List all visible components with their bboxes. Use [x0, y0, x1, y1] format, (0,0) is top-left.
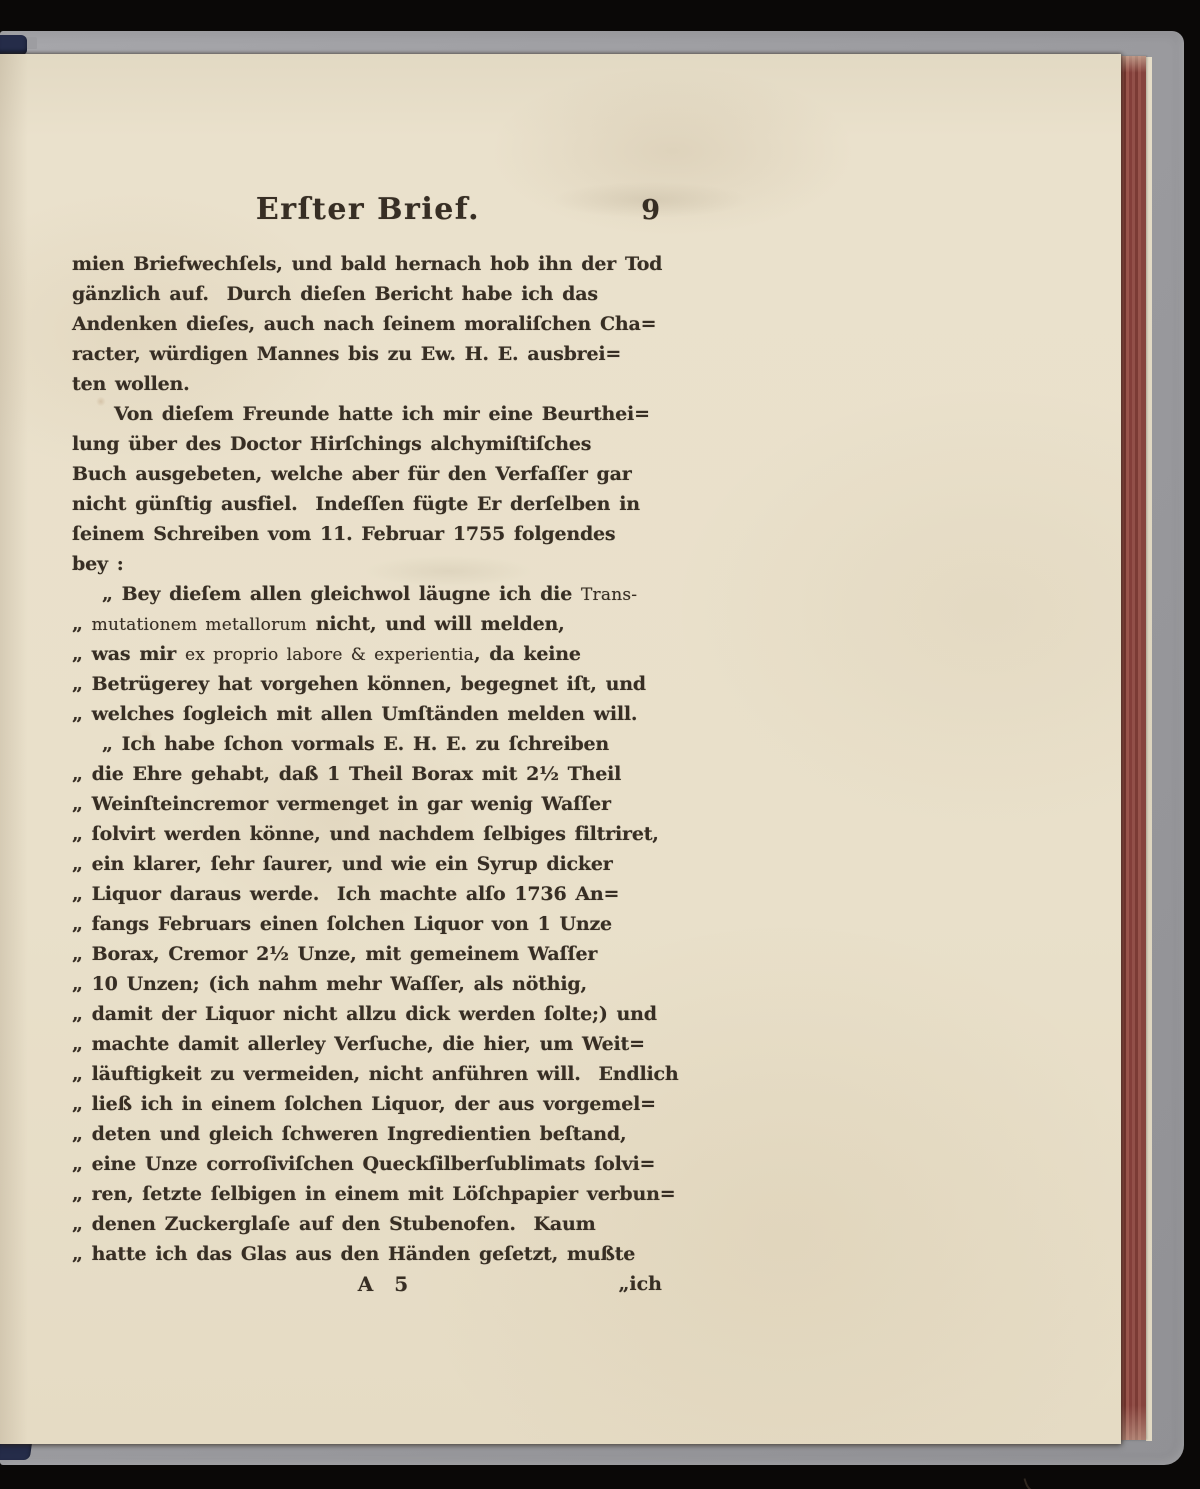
fraktur-text: „ welches ſogleich mit allen Umſtänden m… [72, 703, 637, 725]
fraktur-text: Andenken dieſes, auch nach ſeinem morali… [72, 313, 656, 335]
footer-line: A 5 „ich [72, 1269, 664, 1299]
fraktur-text: „ denen Zuckerglaſe auf den Stubenofen. … [72, 1213, 596, 1235]
text-line: „ was mir ex proprio labore & experienti… [72, 639, 664, 669]
fraktur-text: „ Bey dieſem allen gleichwol läugne ich … [102, 583, 581, 605]
fraktur-text: „ hatte ich das Glas aus den Händen geſe… [72, 1243, 635, 1265]
text-line: ſeinem Schreiben vom 11. Februar 1755 fo… [72, 519, 664, 549]
fraktur-text: mien Briefwechſels, und bald hernach hob… [72, 253, 662, 275]
text-line: gänzlich auf. Durch dieſen Bericht habe … [72, 279, 664, 309]
text-line: Buch ausgebeten, welche aber für den Ver… [72, 459, 664, 489]
page-number: 9 [641, 195, 660, 226]
text-line: „ eine Unze corroſiviſchen Queckſilberſu… [72, 1149, 664, 1179]
text-line: „ Liquor daraus werde. Ich machte alſo 1… [72, 879, 664, 909]
text-line: „ mutationem metallorum nicht, und will … [72, 609, 664, 639]
text-line: „ Betrügerey hat vorgehen können, begegn… [72, 669, 664, 699]
text-line: mien Briefwechſels, und bald hernach hob… [72, 249, 664, 279]
fraktur-text: „ ließ ich in einem ſolchen Liquor, der … [72, 1093, 656, 1115]
fraktur-text: „ [72, 613, 92, 635]
text-line: „ die Ehre gehabt, daß 1 Theil Borax mit… [72, 759, 664, 789]
fraktur-text: „ machte damit allerley Verſuche, die hi… [72, 1033, 645, 1055]
fraktur-text: „ Ich habe ſchon vormals E. H. E. zu ſch… [102, 733, 609, 755]
paragraph: mien Briefwechſels, und bald hernach hob… [72, 249, 664, 399]
text-line: nicht günſtig ausfiel. Indeſſen fügte Er… [72, 489, 664, 519]
red-fore-edge [1121, 56, 1146, 1440]
text-line: „ Weinſteincremor vermenget in gar wenig… [72, 789, 664, 819]
text-line: „ 10 Unzen; (ich nahm mehr Waſſer, als n… [72, 969, 664, 999]
fraktur-text: lung über des Doctor Hirſchings alchymiſ… [72, 433, 591, 455]
paragraph: „ Bey dieſem allen gleichwol läugne ich … [72, 579, 664, 729]
fraktur-text: ſeinem Schreiben vom 11. Februar 1755 fo… [72, 523, 615, 545]
text-line: „ ſolvirt werden könne, und nachdem ſelb… [72, 819, 664, 849]
signature-mark: A 5 [72, 1269, 664, 1299]
fraktur-text: „ Weinſteincremor vermenget in gar wenig… [72, 793, 611, 815]
latin-text: Trans- [581, 585, 637, 605]
text-line: „ denen Zuckerglaſe auf den Stubenofen. … [72, 1209, 664, 1239]
headband-top [0, 35, 27, 55]
fraktur-text: „ läuftigkeit zu vermeiden, nicht anführ… [72, 1063, 679, 1085]
text-line: „ Ich habe ſchon vormals E. H. E. zu ſch… [72, 729, 664, 759]
text-line: „ machte damit allerley Verſuche, die hi… [72, 1029, 664, 1059]
text-line: „ welches ſogleich mit allen Umſtänden m… [72, 699, 664, 729]
scanned-book-photo: { "header": { "title": "Erſter Brief.", … [0, 0, 1200, 1489]
text-line: Von dieſem Freunde hatte ich mir eine Be… [72, 399, 664, 429]
text-line: „ ren, ſetzte ſelbigen in einem mit Löſc… [72, 1179, 664, 1209]
text-line: „ läuftigkeit zu vermeiden, nicht anführ… [72, 1059, 664, 1089]
book-page: Erſter Brief. 9 mien Briefwechſels, und … [0, 54, 1121, 1444]
text-line: lung über des Doctor Hirſchings alchymiſ… [72, 429, 664, 459]
fraktur-text: ten wollen. [72, 373, 190, 395]
fraktur-text: „ deten und gleich ſchweren Ingredientie… [72, 1123, 626, 1145]
fraktur-text: „ die Ehre gehabt, daß 1 Theil Borax mit… [72, 763, 621, 785]
latin-text: mutationem metallorum [92, 615, 307, 635]
text-line: „ ließ ich in einem ſolchen Liquor, der … [72, 1089, 664, 1119]
fraktur-text: nicht günſtig ausfiel. Indeſſen fügte Er… [72, 493, 640, 515]
paragraph-container: mien Briefwechſels, und bald hernach hob… [72, 249, 664, 1269]
fraktur-text: „ fangs Februars einen ſolchen Liquor vo… [72, 913, 612, 935]
text-block: Erſter Brief. 9 mien Briefwechſels, und … [72, 192, 664, 1299]
fraktur-text: Von dieſem Freunde hatte ich mir eine Be… [114, 403, 650, 425]
paragraph: Von dieſem Freunde hatte ich mir eine Be… [72, 399, 664, 579]
fraktur-text: „ 10 Unzen; (ich nahm mehr Waſſer, als n… [72, 973, 587, 995]
paragraph: „ Ich habe ſchon vormals E. H. E. zu ſch… [72, 729, 664, 1269]
page-title: Erſter Brief. [72, 192, 664, 227]
text-line: „ fangs Februars einen ſolchen Liquor vo… [72, 909, 664, 939]
fraktur-text: „ ren, ſetzte ſelbigen in einem mit Löſc… [72, 1183, 675, 1205]
fraktur-text: racter, würdigen Mannes bis zu Ew. H. E.… [72, 343, 621, 365]
fraktur-text: nicht, und will melden, [307, 613, 565, 635]
text-line: „ ein klarer, ſehr ſaurer, und wie ein S… [72, 849, 664, 879]
text-line: „ Bey dieſem allen gleichwol läugne ich … [72, 579, 664, 609]
latin-text: ex proprio labore & experientia [185, 645, 474, 665]
fraktur-text: „ Betrügerey hat vorgehen können, begegn… [72, 673, 646, 695]
text-line: „ Borax, Cremor 2½ Unze, mit gemeinem Wa… [72, 939, 664, 969]
fraktur-text: „ damit der Liquor nicht allzu dick werd… [72, 1003, 657, 1025]
fraktur-text: bey : [72, 553, 124, 575]
fraktur-text: „ ein klarer, ſehr ſaurer, und wie ein S… [72, 853, 613, 875]
fraktur-text: „ was mir [72, 643, 185, 665]
fraktur-text: „ eine Unze corroſiviſchen Queckſilberſu… [72, 1153, 655, 1175]
text-line: „ hatte ich das Glas aus den Händen geſe… [72, 1239, 664, 1269]
running-header: Erſter Brief. 9 [72, 192, 664, 249]
fraktur-text: Buch ausgebeten, welche aber für den Ver… [72, 463, 632, 485]
fraktur-text: gänzlich auf. Durch dieſen Bericht habe … [72, 283, 598, 305]
page-block-edge [1146, 57, 1152, 1441]
fraktur-text: „ Liquor daraus werde. Ich machte alſo 1… [72, 883, 619, 905]
fraktur-text: „ ſolvirt werden könne, und nachdem ſelb… [72, 823, 659, 845]
text-line: Andenken dieſes, auch nach ſeinem morali… [72, 309, 664, 339]
ink-mark [1023, 1474, 1043, 1489]
text-line: racter, würdigen Mannes bis zu Ew. H. E.… [72, 339, 664, 369]
text-line: bey : [72, 549, 664, 579]
text-line: „ damit der Liquor nicht allzu dick werd… [72, 999, 664, 1029]
catchword: „ich [618, 1269, 662, 1299]
text-line: „ deten und gleich ſchweren Ingredientie… [72, 1119, 664, 1149]
fraktur-text: „ Borax, Cremor 2½ Unze, mit gemeinem Wa… [72, 943, 597, 965]
fraktur-text: , da keine [474, 643, 581, 665]
text-line: ten wollen. [72, 369, 664, 399]
